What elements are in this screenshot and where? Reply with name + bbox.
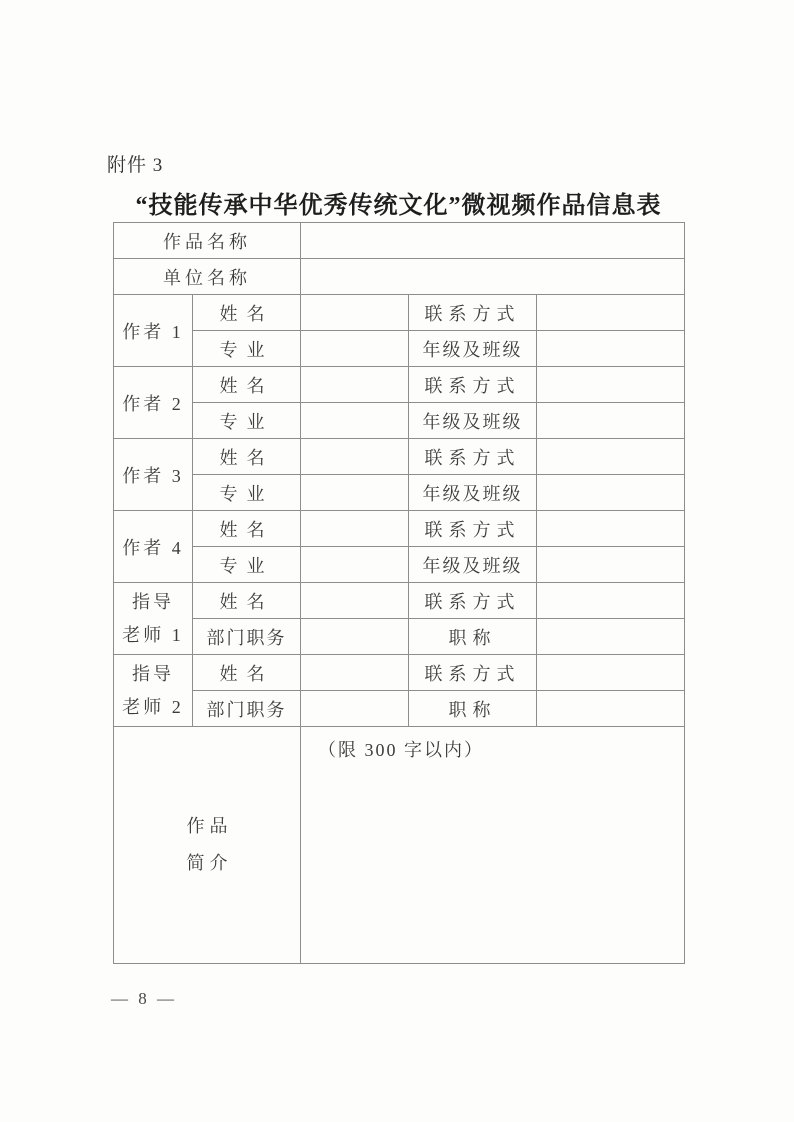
work-name-label: 作品名称 [114, 223, 301, 259]
unit-name-value [301, 259, 685, 295]
author4-group-label: 作者 4 [114, 511, 193, 583]
author2-contact-label: 联系方式 [409, 367, 537, 403]
author3-contact-value [537, 439, 685, 475]
author2-contact-value [537, 367, 685, 403]
teacher1-name-value [301, 583, 409, 619]
teacher2-name-value [301, 655, 409, 691]
author4-contact-label: 联系方式 [409, 511, 537, 547]
author4-major-label: 专业 [193, 547, 301, 583]
intro-limit-note: （限 300 字以内） [318, 736, 484, 762]
author3-contact-label: 联系方式 [409, 439, 537, 475]
author1-major-value [301, 331, 409, 367]
teacher1-dept-label: 部门职务 [193, 619, 301, 655]
author3-row2: 专业 年级及班级 [114, 475, 685, 511]
unit-name-label: 单位名称 [114, 259, 301, 295]
author4-row1: 作者 4 姓名 联系方式 [114, 511, 685, 547]
author3-grade-label: 年级及班级 [409, 475, 537, 511]
teacher1-group-line2: 老师 1 [114, 619, 192, 652]
teacher2-dept-label: 部门职务 [193, 691, 301, 727]
teacher2-contact-label: 联系方式 [409, 655, 537, 691]
teacher2-title-value [537, 691, 685, 727]
author3-major-label: 专业 [193, 475, 301, 511]
author4-grade-label: 年级及班级 [409, 547, 537, 583]
author2-grade-value [537, 403, 685, 439]
author4-name-value [301, 511, 409, 547]
attachment-label: 附件 3 [107, 150, 163, 177]
author3-name-value [301, 439, 409, 475]
author2-major-label: 专业 [193, 403, 301, 439]
author1-contact-label: 联系方式 [409, 295, 537, 331]
teacher2-dept-value [301, 691, 409, 727]
teacher1-contact-value [537, 583, 685, 619]
intro-row: 作品 简介 （限 300 字以内） [114, 727, 685, 964]
author2-grade-label: 年级及班级 [409, 403, 537, 439]
teacher1-name-label: 姓名 [193, 583, 301, 619]
author3-grade-value [537, 475, 685, 511]
work-info-table: 作品名称 单位名称 作者 1 姓名 联系方式 专业 年级及班级 [113, 222, 685, 964]
work-name-value [301, 223, 685, 259]
teacher2-group-label: 指导 老师 2 [114, 655, 193, 727]
page-title: “技能传承中华优秀传统文化”微视频作品信息表 [103, 185, 694, 220]
teacher2-contact-value [537, 655, 685, 691]
teacher1-title-value [537, 619, 685, 655]
teacher2-group-line2: 老师 2 [114, 691, 192, 724]
author3-major-value [301, 475, 409, 511]
author1-row2: 专业 年级及班级 [114, 331, 685, 367]
teacher1-title-label: 职称 [409, 619, 537, 655]
author4-grade-value [537, 547, 685, 583]
author2-row2: 专业 年级及班级 [114, 403, 685, 439]
author4-row2: 专业 年级及班级 [114, 547, 685, 583]
author4-name-label: 姓名 [193, 511, 301, 547]
author2-major-value [301, 403, 409, 439]
document-page: 附件 3 “技能传承中华优秀传统文化”微视频作品信息表 作品名称 单位名称 作者… [0, 0, 794, 1122]
author2-name-value [301, 367, 409, 403]
teacher1-group-label: 指导 老师 1 [114, 583, 193, 655]
intro-content: （限 300 字以内） [301, 727, 685, 964]
author3-group-label: 作者 3 [114, 439, 193, 511]
teacher2-title-label: 职称 [409, 691, 537, 727]
author1-grade-label: 年级及班级 [409, 331, 537, 367]
teacher2-row2: 部门职务 职称 [114, 691, 685, 727]
author1-row1: 作者 1 姓名 联系方式 [114, 295, 685, 331]
intro-label-line1: 作品 [114, 808, 300, 845]
intro-label: 作品 简介 [114, 727, 301, 964]
author1-name-value [301, 295, 409, 331]
author4-contact-value [537, 511, 685, 547]
author1-major-label: 专业 [193, 331, 301, 367]
author1-contact-value [537, 295, 685, 331]
teacher1-row2: 部门职务 职称 [114, 619, 685, 655]
teacher2-group-line1: 指导 [114, 658, 192, 691]
teacher1-contact-label: 联系方式 [409, 583, 537, 619]
author1-group-label: 作者 1 [114, 295, 193, 367]
author4-major-value [301, 547, 409, 583]
unit-name-row: 单位名称 [114, 259, 685, 295]
author2-row1: 作者 2 姓名 联系方式 [114, 367, 685, 403]
intro-label-line2: 简介 [114, 845, 300, 882]
author1-grade-value [537, 331, 685, 367]
author2-group-label: 作者 2 [114, 367, 193, 439]
teacher2-row1: 指导 老师 2 姓名 联系方式 [114, 655, 685, 691]
page-number: — 8 — [111, 989, 177, 1009]
teacher2-name-label: 姓名 [193, 655, 301, 691]
teacher1-dept-value [301, 619, 409, 655]
author1-name-label: 姓名 [193, 295, 301, 331]
author2-name-label: 姓名 [193, 367, 301, 403]
author3-name-label: 姓名 [193, 439, 301, 475]
work-name-row: 作品名称 [114, 223, 685, 259]
teacher1-row1: 指导 老师 1 姓名 联系方式 [114, 583, 685, 619]
teacher1-group-line1: 指导 [114, 586, 192, 619]
author3-row1: 作者 3 姓名 联系方式 [114, 439, 685, 475]
